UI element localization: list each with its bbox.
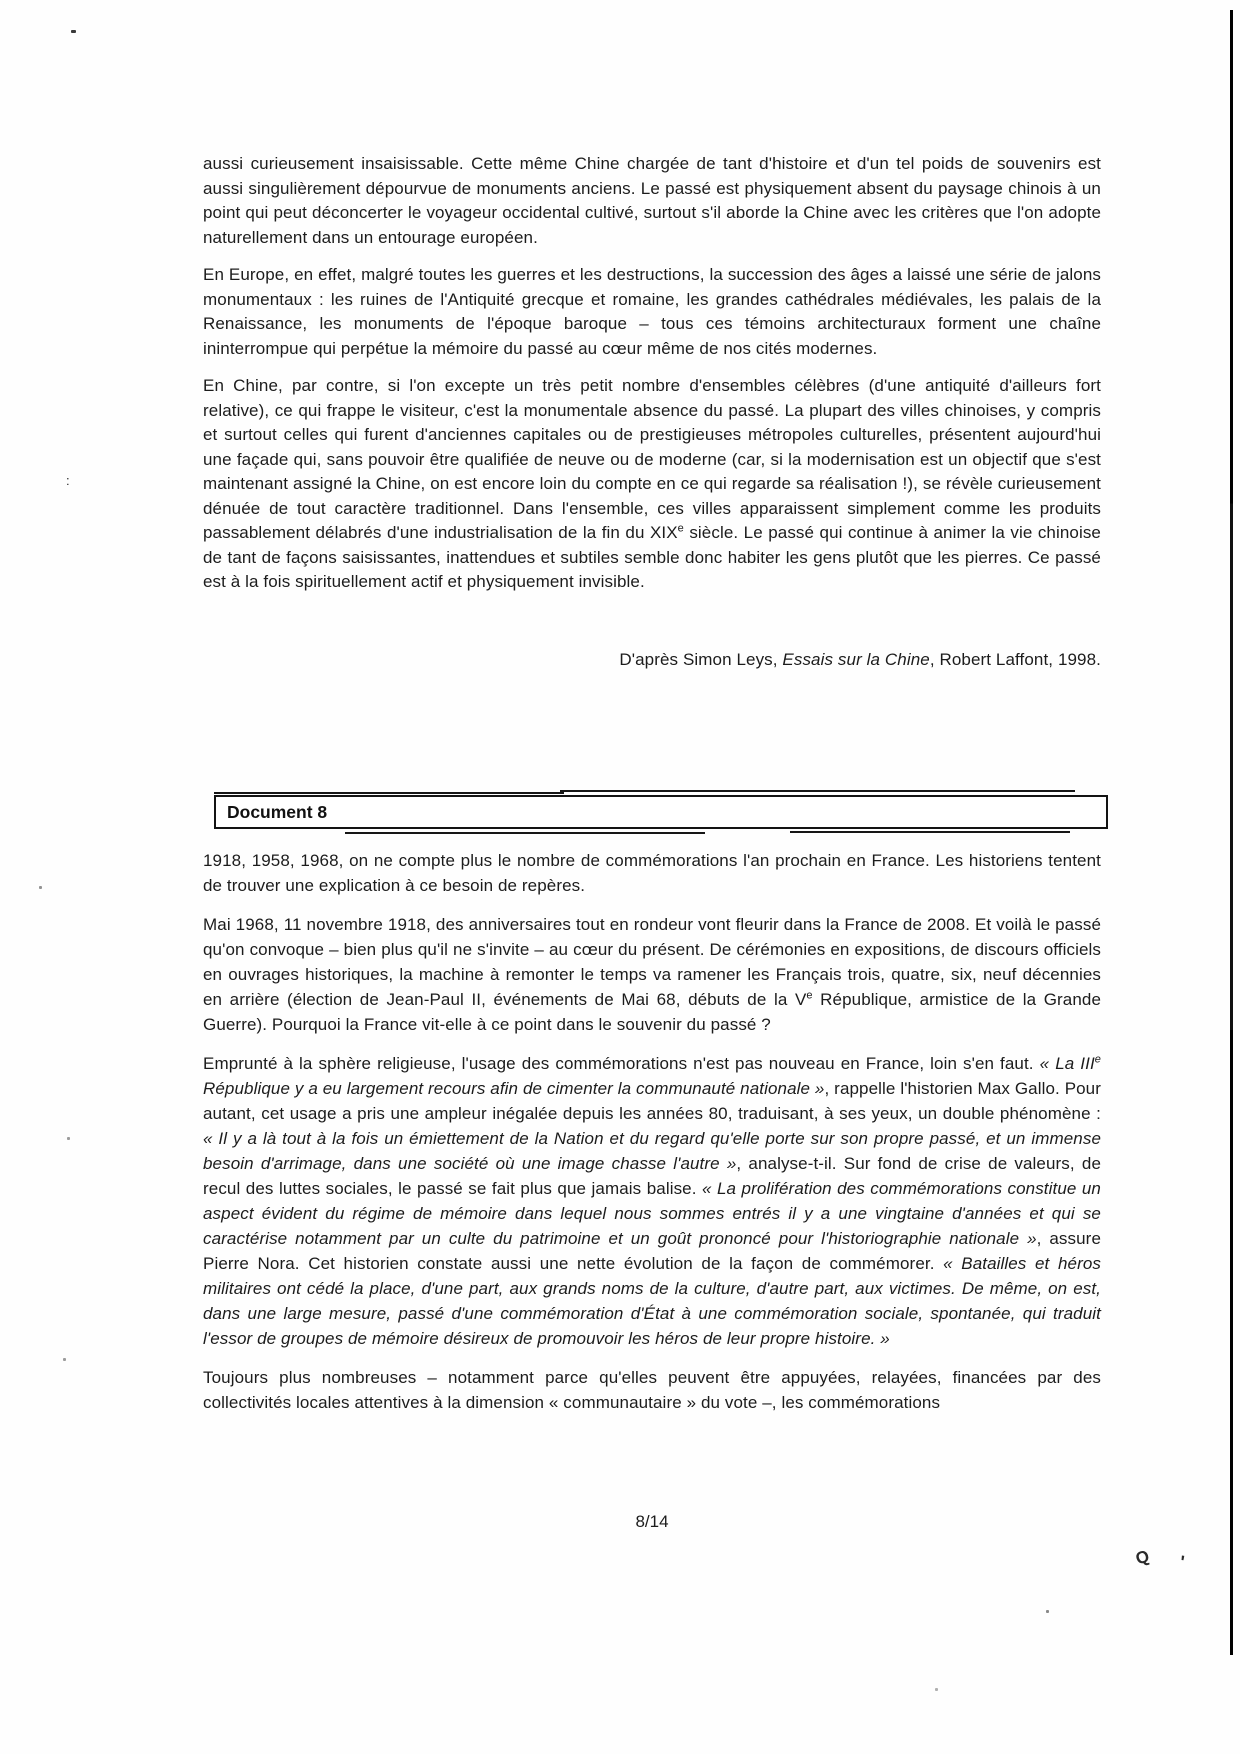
scan-speck: : (66, 473, 70, 488)
scan-speck (39, 886, 42, 889)
scan-speck (935, 1688, 938, 1691)
scan-artifact-line (345, 832, 705, 834)
paragraph: 1918, 1958, 1968, on ne compte plus le n… (203, 848, 1101, 898)
scan-speck (67, 1137, 70, 1140)
page-number: 8/14 (203, 1512, 1101, 1532)
scanned-document-page: aussi curieusement insaisissable. Cette … (0, 0, 1240, 1754)
scan-speck (71, 30, 76, 33)
scan-speck (63, 1358, 66, 1361)
scan-artifact-line (790, 831, 1070, 833)
paragraph: Mai 1968, 11 novembre 1918, des annivers… (203, 912, 1101, 1037)
document8-text: 1918, 1958, 1968, on ne compte plus le n… (203, 848, 1101, 1428)
paragraph: En Chine, par contre, si l'on excepte un… (203, 374, 1101, 595)
paragraph: aussi curieusement insaisissable. Cette … (203, 152, 1101, 250)
scan-artifact-line (560, 790, 1075, 792)
source-citation: D'après Simon Leys, Essais sur la Chine,… (203, 648, 1101, 672)
handwritten-mark: ' (1179, 1552, 1186, 1573)
scan-artifact-line (214, 792, 564, 794)
document8-label: Document 8 (216, 797, 1106, 827)
document8-header-box: Document 8 (214, 795, 1108, 829)
source-text-excerpt: aussi curieusement insaisissable. Cette … (203, 152, 1101, 608)
paragraph: Toujours plus nombreuses – notamment par… (203, 1365, 1101, 1415)
paragraph: Emprunté à la sphère religieuse, l'usage… (203, 1051, 1101, 1351)
handwritten-mark: Q (1133, 1546, 1152, 1569)
paragraph: En Europe, en effet, malgré toutes les g… (203, 263, 1101, 361)
scan-edge-line (1230, 10, 1233, 1655)
scan-speck (1046, 1610, 1049, 1613)
